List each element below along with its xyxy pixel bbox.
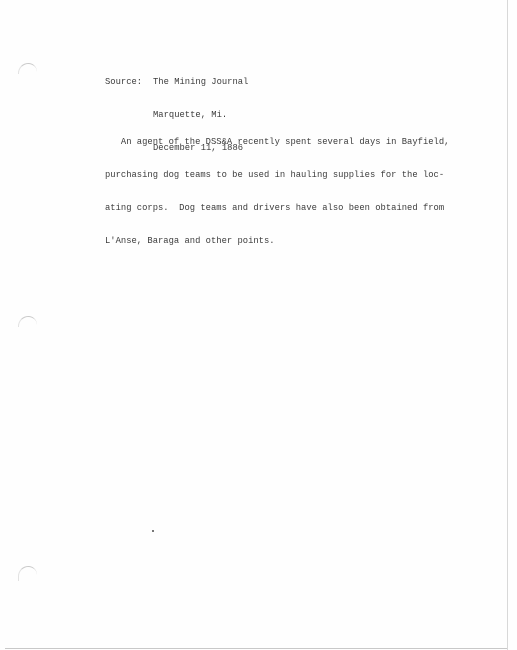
scan-speck bbox=[152, 530, 154, 532]
page-edge-bottom bbox=[5, 648, 507, 649]
source-label: Source: bbox=[105, 77, 153, 88]
paragraph-line: ating corps. Dog teams and drivers have … bbox=[105, 203, 449, 214]
article-paragraph: An agent of the DSS&A recently spent sev… bbox=[105, 115, 449, 269]
document-page: Source: The Mining Journal Marquette, Mi… bbox=[0, 0, 517, 650]
page-edge-right bbox=[507, 0, 508, 650]
punch-hole-mark-middle bbox=[18, 316, 37, 327]
source-publication: The Mining Journal bbox=[153, 77, 248, 88]
punch-hole-mark-bottom bbox=[18, 566, 37, 581]
paragraph-line: purchasing dog teams to be used in hauli… bbox=[105, 170, 449, 181]
source-row-1: Source: The Mining Journal bbox=[105, 77, 248, 88]
paragraph-line: L'Anse, Baraga and other points. bbox=[105, 236, 449, 247]
paragraph-line: An agent of the DSS&A recently spent sev… bbox=[105, 137, 449, 148]
punch-hole-mark-top bbox=[18, 63, 37, 74]
